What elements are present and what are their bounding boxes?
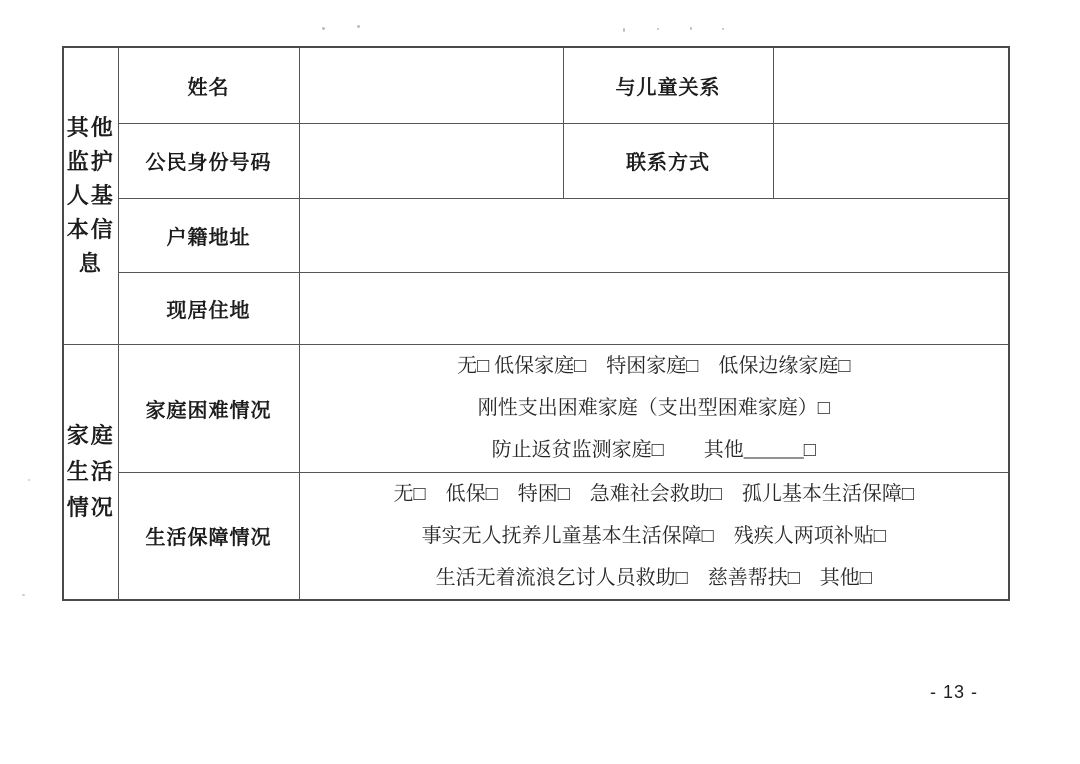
guardian-info-table: 其他 监护 人基 本信 息 姓名 与儿童关系 公民身份号码 联系方式 户籍地址 … [62, 46, 1010, 601]
scan-artifact [722, 28, 724, 30]
scan-artifact [28, 479, 30, 481]
scan-artifact [657, 28, 659, 30]
life-security-options-line-2: 事实无人抚养儿童基本生活保障□ 残疾人两项补贴□ [300, 515, 1009, 557]
table-row: 生活保障情况 无□ 低保□ 特困□ 急难社会救助□ 孤儿基本生活保障□ 事实无人… [63, 472, 1009, 600]
table-row: 现居住地 [63, 272, 1009, 344]
table-row: 其他 监护 人基 本信 息 姓名 与儿童关系 [63, 47, 1009, 123]
section-header-family-living-situation: 家庭 生活 情况 [63, 344, 118, 600]
scan-artifact [22, 594, 25, 596]
field-value-contact [773, 123, 1009, 198]
family-difficulty-options-line-3: 防止返贫监测家庭□ 其他______□ [300, 429, 1009, 471]
section-header-other-guardian-info: 其他 监护 人基 本信 息 [63, 47, 118, 344]
field-label-name: 姓名 [118, 47, 299, 123]
life-security-options-line-3: 生活无着流浪乞讨人员救助□ 慈善帮扶□ 其他□ [300, 557, 1009, 599]
field-value-citizen-id [299, 123, 563, 198]
field-label-contact: 联系方式 [563, 123, 773, 198]
scan-artifact [690, 27, 692, 30]
life-security-options-cell: 无□ 低保□ 特困□ 急难社会救助□ 孤儿基本生活保障□ 事实无人抚养儿童基本生… [299, 472, 1009, 600]
field-label-household-address: 户籍地址 [118, 198, 299, 272]
life-security-options-line-1: 无□ 低保□ 特困□ 急难社会救助□ 孤儿基本生活保障□ [300, 473, 1009, 515]
table-row: 公民身份号码 联系方式 [63, 123, 1009, 198]
family-difficulty-options-line-2: 刚性支出困难家庭（支出型困难家庭）□ [300, 387, 1009, 429]
scanned-form-page: 其他 监护 人基 本信 息 姓名 与儿童关系 公民身份号码 联系方式 户籍地址 … [0, 0, 1080, 764]
field-label-family-difficulty: 家庭困难情况 [118, 344, 299, 472]
scan-artifact [623, 28, 625, 32]
scan-artifact [357, 25, 360, 28]
field-value-household-address [299, 198, 1009, 272]
field-label-current-residence: 现居住地 [118, 272, 299, 344]
table-row: 家庭 生活 情况 家庭困难情况 无□ 低保家庭□ 特困家庭□ 低保边缘家庭□ 刚… [63, 344, 1009, 472]
field-value-current-residence [299, 272, 1009, 344]
field-label-child-relationship: 与儿童关系 [563, 47, 773, 123]
scan-artifact [322, 27, 325, 30]
field-label-citizen-id: 公民身份号码 [118, 123, 299, 198]
table-row: 户籍地址 [63, 198, 1009, 272]
family-difficulty-options-cell: 无□ 低保家庭□ 特困家庭□ 低保边缘家庭□ 刚性支出困难家庭（支出型困难家庭）… [299, 344, 1009, 472]
page-number: - 13 - [930, 682, 978, 703]
field-value-child-relationship [773, 47, 1009, 123]
family-difficulty-options-line-1: 无□ 低保家庭□ 特困家庭□ 低保边缘家庭□ [300, 345, 1009, 387]
field-value-name [299, 47, 563, 123]
field-label-life-security: 生活保障情况 [118, 472, 299, 600]
